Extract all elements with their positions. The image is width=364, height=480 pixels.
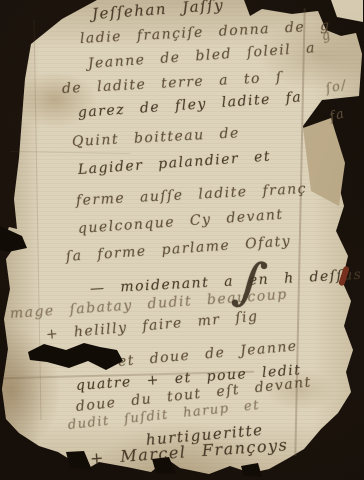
manuscript-scan: Jeſſehan Jaſſy ladie françiſe donna de g… bbox=[0, 0, 364, 480]
torn-notch bbox=[0, 0, 364, 480]
